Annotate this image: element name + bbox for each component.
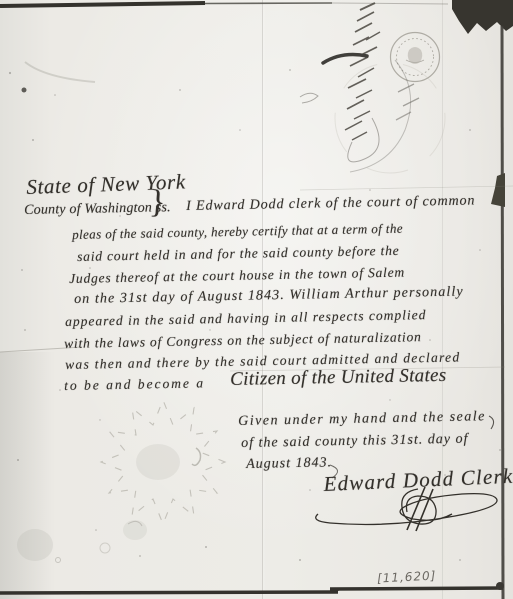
heading-brace-mark: } (148, 184, 167, 222)
scanned-document-page: State of New York County of Washington s… (0, 0, 513, 599)
closing-line-3: August 1843. (246, 455, 332, 473)
body-line-9: to be and become a (64, 375, 205, 394)
embossed-star-seal (101, 400, 225, 524)
scan-edge-right (491, 26, 505, 599)
sideways-docket-handwriting (300, 3, 445, 173)
torn-corner-patch (452, 0, 513, 34)
citizen-phrase: Citizen of the United States (230, 365, 447, 391)
round-ink-stamp-seal (391, 33, 440, 82)
scan-edge-bottom (0, 582, 504, 593)
scan-edge-top (0, 3, 448, 6)
